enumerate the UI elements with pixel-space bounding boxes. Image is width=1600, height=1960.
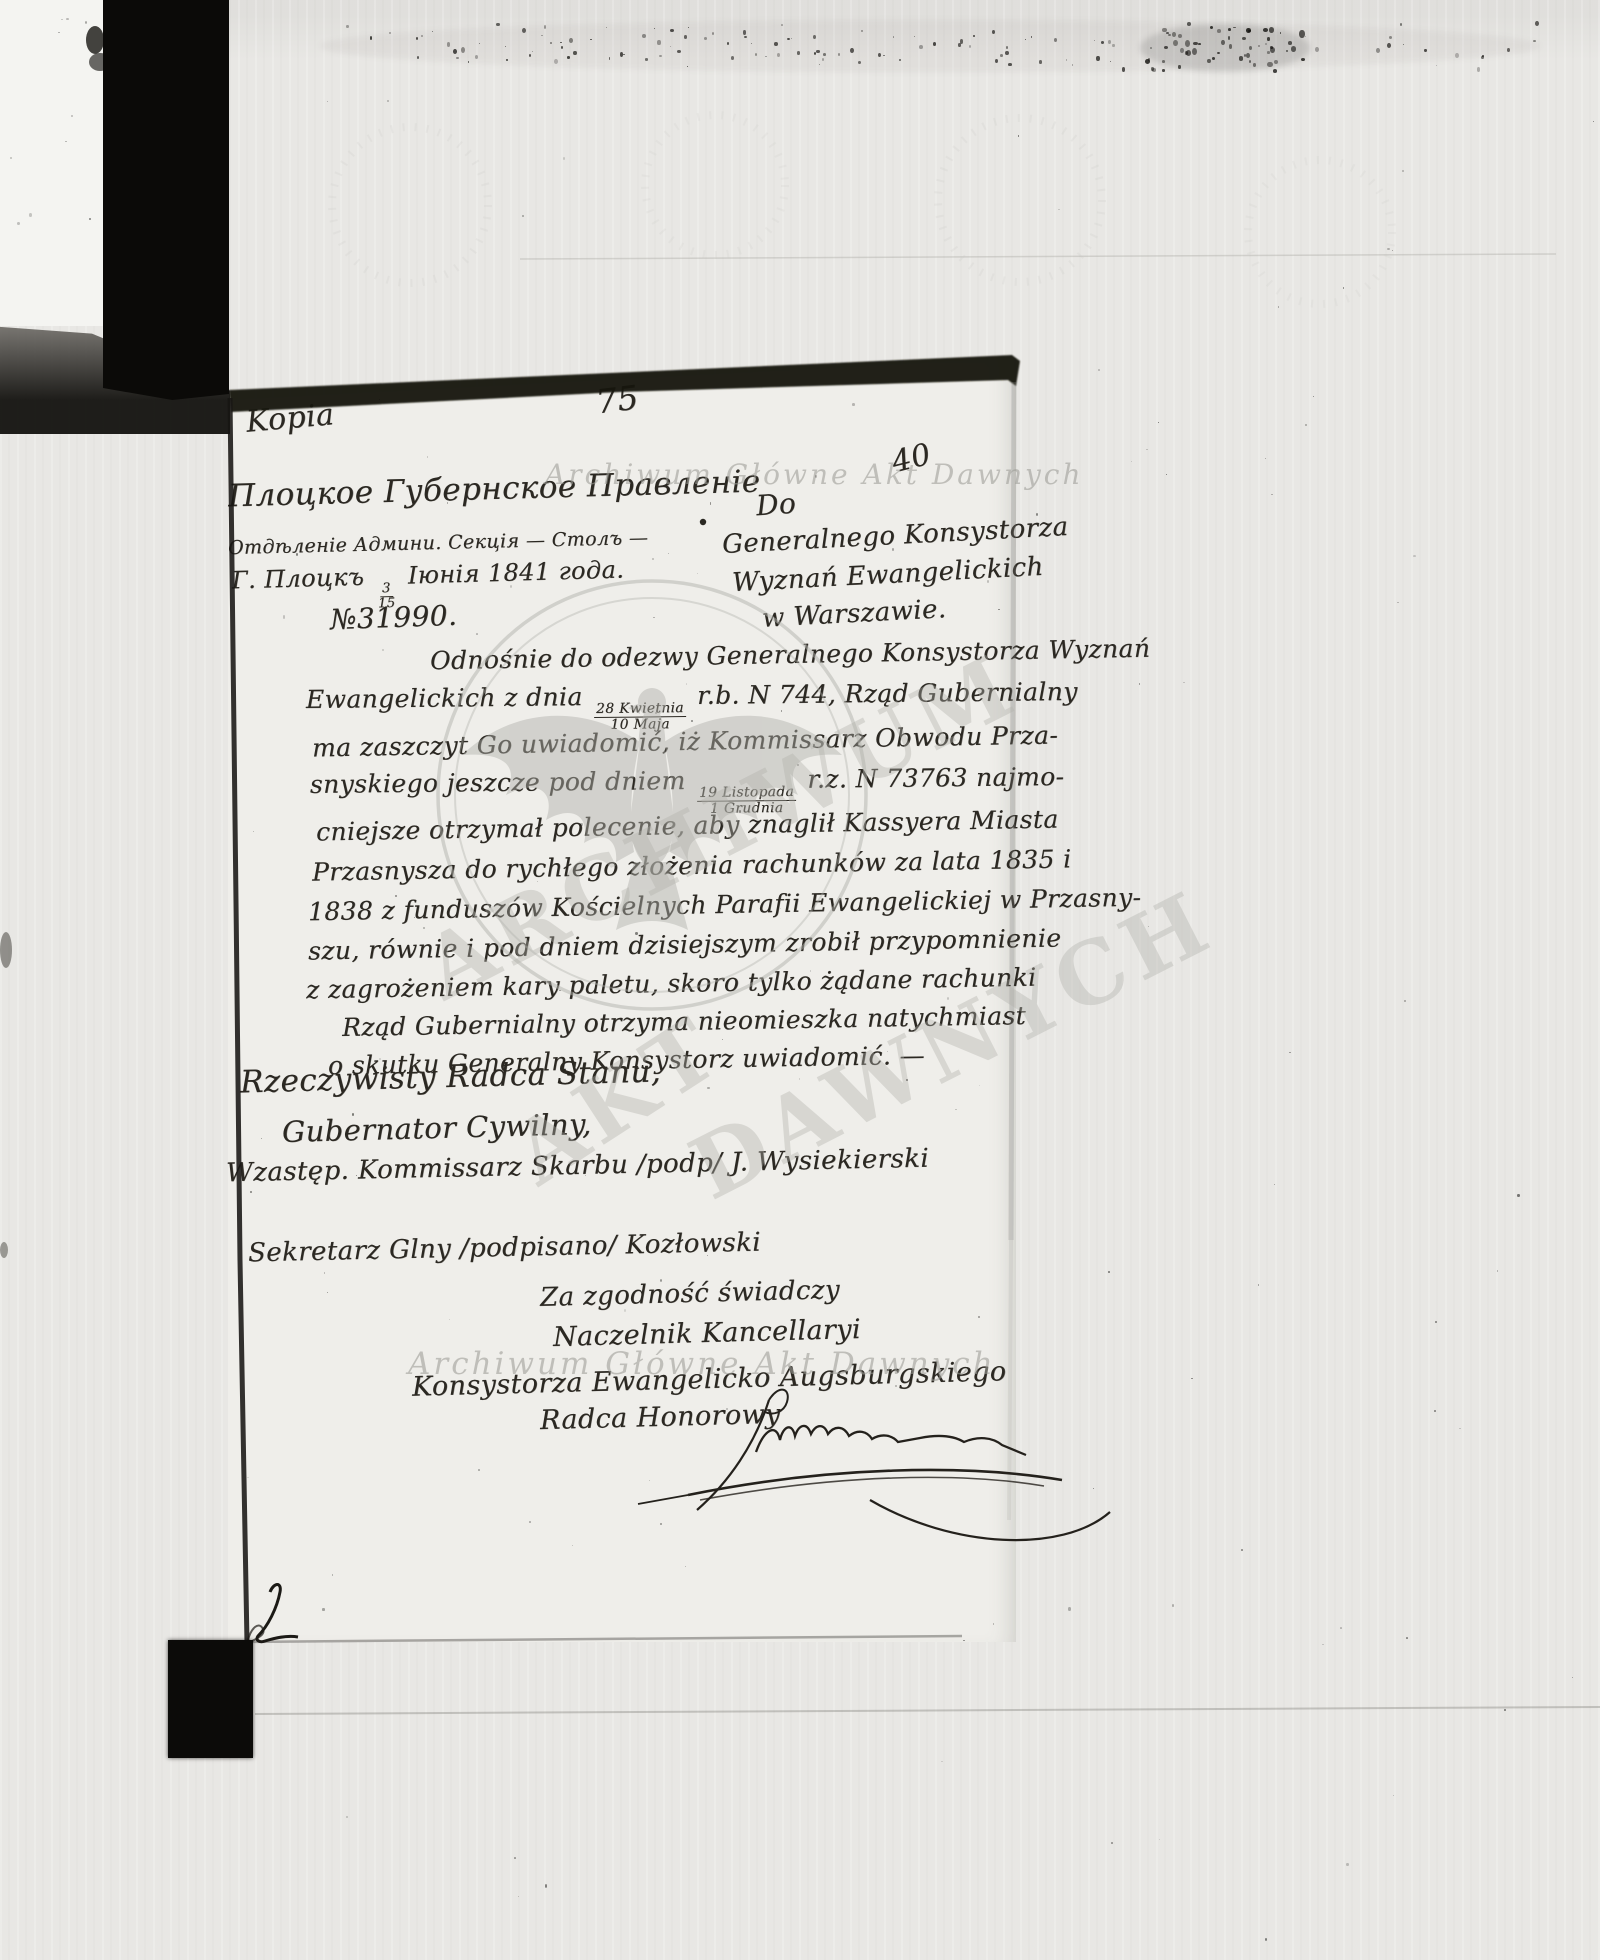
copy-label: Kopia: [245, 398, 336, 439]
body-line-7: 1838 z funduszów Kościelnych Parafii Ewa…: [308, 884, 1142, 927]
signoff-governor: Gubernator Cywilny,: [282, 1108, 592, 1149]
recipient-line-3: w Warszawie.: [761, 595, 947, 634]
recipient-to: Do: [755, 488, 797, 522]
letterhead-section: Отдѣленіе Админи. Секція — Столъ —: [228, 528, 649, 560]
scanned-archival-document: Kopia7540Плоцкое Губернское ПравленіеОтд…: [0, 0, 1600, 1960]
body-line-9: z zagrożeniem kary paletu, skoro tylko ż…: [306, 964, 1037, 1005]
film-edge-black-bar: [103, 0, 229, 400]
signoff-secretary: Sekretarz Glny /podpisano/ Kozłowski: [248, 1229, 762, 1269]
folio-number: 75: [594, 380, 641, 422]
closing-chief: Naczelnik Kancellaryi: [553, 1315, 862, 1353]
corner-number: 40: [889, 438, 935, 480]
signoff-rank: Rzeczywisty Radca Stanu,: [240, 1054, 662, 1100]
letterhead-number: №31990.: [329, 600, 457, 636]
body-line-10: Rząd Gubernialny otrzyma nieomieszka nat…: [342, 1002, 1027, 1042]
body-line-6: Przasnysza do rychłego złożenia rachunkó…: [312, 845, 1072, 886]
signoff-deputy: Wzastęp. Kommissarz Skarbu /podp/ J. Wys…: [226, 1145, 930, 1189]
body-line-1: Odnośnie do odezwy Generalnego Konsystor…: [430, 635, 1151, 676]
recipient-line-2: Wyznań Ewangelickich: [731, 553, 1044, 598]
letterhead-office: Плоцкое Губернское Правленіе: [228, 465, 761, 515]
closing-counselor: Radca Honorowy: [540, 1400, 781, 1437]
body-line-8: szu, równie i pod dniem dzisiejszym zrob…: [308, 924, 1062, 965]
closing-certify: Za zgodność świadczy: [540, 1276, 841, 1313]
film-edge-black-rectangle: [168, 1640, 253, 1758]
closing-consistory: Konsystorza Ewangelicko Augsburgskiego: [412, 1357, 1007, 1403]
